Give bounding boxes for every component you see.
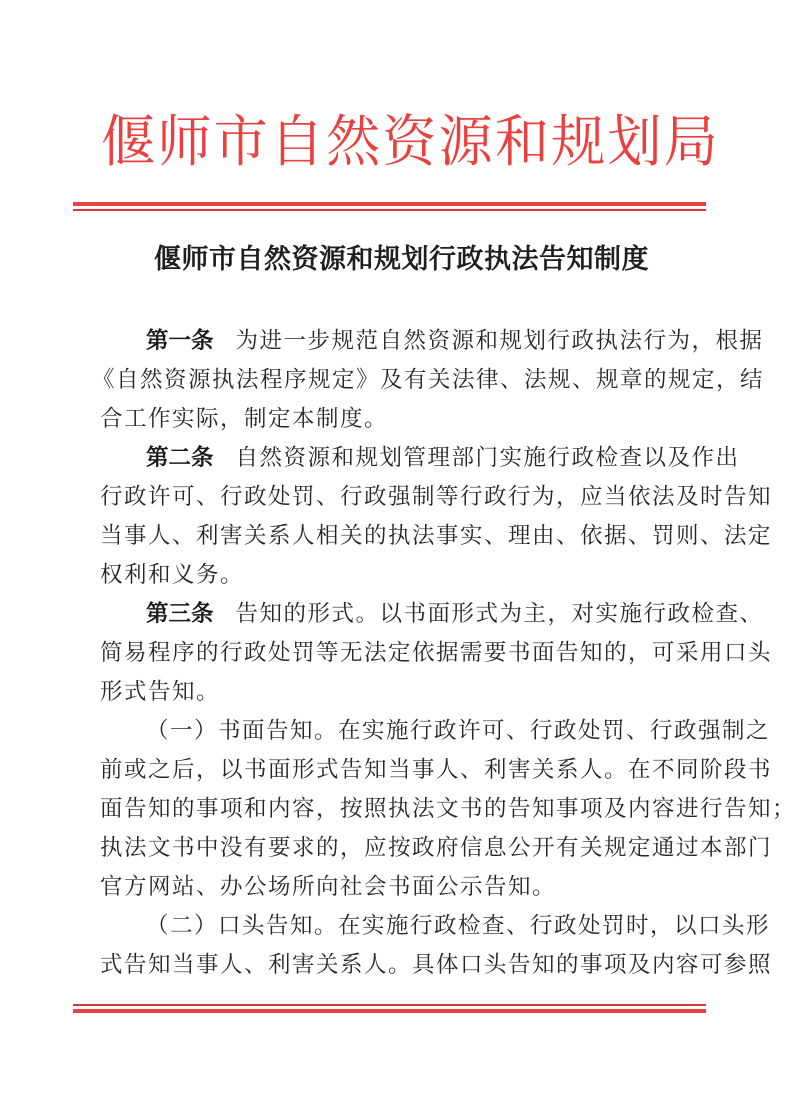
- article-text-line: 合工作实际，制定本制度。: [100, 400, 703, 439]
- footer-rule: [73, 1004, 706, 1013]
- item-text-line: 前或之后，以书面形式告知当事人、利害关系人。在不同阶段书: [100, 751, 703, 790]
- item-oral-notice: （二）口头告知。在实施行政检查、行政处罚时，以口头形 式告知当事人、利害关系人。…: [100, 907, 703, 985]
- item-text-line: 官方网站、办公场所向社会书面公示告知。: [100, 868, 703, 907]
- article-text-line: 自然资源和规划管理部门实施行政检查以及作出: [236, 445, 740, 471]
- article-text-line: 权利和义务。: [100, 556, 703, 595]
- article-text-line: 《自然资源执法程序规定》及有关法律、法规、规章的规定，结: [100, 361, 703, 400]
- article-text-line: 告知的形式。以书面形式为主，对实施行政检查、: [236, 601, 764, 627]
- rule-thin-line: [73, 209, 706, 211]
- article-label: 第二条: [146, 445, 214, 471]
- item-text-line: 执法文书中没有要求的，应按政府信息公开有关规定通过本部门: [100, 829, 703, 868]
- article-text-line: 简易程序的行政处罚等无法定依据需要书面告知的，可采用口头: [100, 634, 703, 673]
- article-3: 第三条告知的形式。以书面形式为主，对实施行政检查、 简易程序的行政处罚等无法定依…: [100, 595, 703, 712]
- article-1: 第一条为进一步规范自然资源和规划行政执法行为，根据 《自然资源执法程序规定》及有…: [100, 322, 703, 439]
- rule-thick-line: [73, 202, 706, 206]
- item-text-line: 式告知当事人、利害关系人。具体口头告知的事项及内容可参照: [100, 946, 703, 985]
- item-text-line: （一）书面告知。在实施行政许可、行政处罚、行政强制之: [100, 712, 703, 751]
- document-title: 偃师市自然资源和规划行政执法告知制度: [100, 240, 703, 280]
- article-2: 第二条自然资源和规划管理部门实施行政检查以及作出 行政许可、行政处罚、行政强制等…: [100, 439, 703, 595]
- rule-thick-line: [73, 1009, 706, 1013]
- item-text-line: 面告知的事项和内容，按照执法文书的告知事项及内容进行告知；: [100, 790, 703, 829]
- letterhead-top-rule: [73, 202, 706, 211]
- article-text-line: 行政许可、行政处罚、行政强制等行政行为，应当依法及时告知: [100, 478, 703, 517]
- article-text-line: 为进一步规范自然资源和规划行政执法行为，根据: [236, 328, 764, 354]
- item-written-notice: （一）书面告知。在实施行政许可、行政处罚、行政强制之 前或之后，以书面形式告知当…: [100, 712, 703, 907]
- document-page: 偃师市自然资源和规划局 偃师市自然资源和规划行政执法告知制度 第一条为进一步规范…: [0, 0, 800, 1100]
- letterhead-org-name: 偃师市自然资源和规划局: [101, 108, 683, 178]
- article-text-line: 形式告知。: [100, 673, 703, 712]
- article-text-line: 当事人、利害关系人相关的执法事实、理由、依据、罚则、法定: [100, 517, 703, 556]
- article-label: 第一条: [146, 328, 214, 354]
- document-body: 第一条为进一步规范自然资源和规划行政执法行为，根据 《自然资源执法程序规定》及有…: [100, 322, 703, 985]
- article-label: 第三条: [146, 601, 214, 627]
- item-text-line: （二）口头告知。在实施行政检查、行政处罚时，以口头形: [100, 907, 703, 946]
- rule-thin-line: [73, 1004, 706, 1006]
